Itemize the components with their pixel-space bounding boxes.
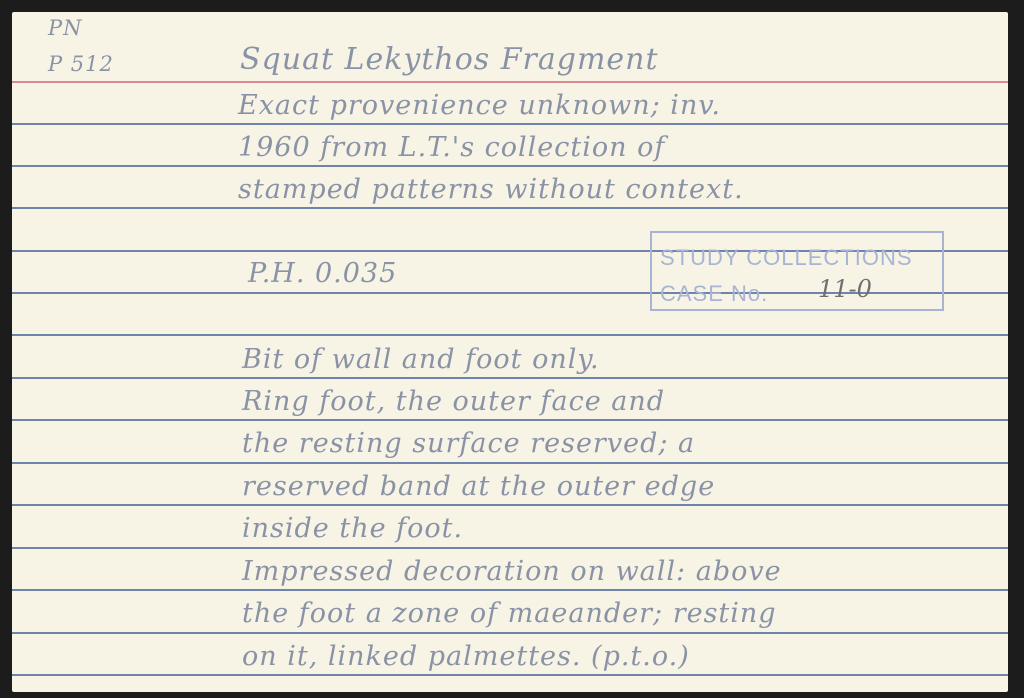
provenance-line: 1960 from L.T.'s collection of	[238, 132, 665, 163]
description-line: the foot a zone of maeander; resting	[242, 598, 777, 629]
corner-code-number: P 512	[48, 52, 114, 76]
blue-rule	[12, 674, 1008, 676]
blue-rule	[12, 377, 1008, 379]
description-line: inside the foot.	[242, 513, 463, 544]
blue-rule	[12, 547, 1008, 549]
stamp-case-label: CASE No.	[660, 281, 768, 307]
blue-rule	[12, 207, 1008, 209]
blue-rule	[12, 334, 1008, 336]
blue-rule	[12, 462, 1008, 464]
case-number: 11-0	[818, 275, 872, 303]
description-line: Impressed decoration on wall: above	[242, 556, 782, 587]
blue-rule	[12, 123, 1008, 125]
provenance-line: stamped patterns without context.	[238, 174, 744, 205]
description-line: Ring foot, the outer face and	[242, 386, 665, 417]
description-line: reserved band at the outer edge	[242, 471, 715, 502]
red-header-rule	[12, 81, 1008, 83]
provenance-line: Exact provenience unknown; inv.	[238, 90, 721, 121]
study-collections-stamp: STUDY COLLECTIONS CASE No. 11-0	[650, 231, 944, 311]
index-card: PN P 512 Squat Lekythos Fragment Exact p…	[12, 12, 1008, 692]
corner-code-pn: PN	[48, 16, 83, 40]
description-line: the resting surface reserved; a	[242, 428, 695, 459]
stamp-label: STUDY COLLECTIONS	[660, 245, 913, 271]
blue-rule	[12, 165, 1008, 167]
preserved-height: P.H. 0.035	[248, 258, 397, 289]
card-title: Squat Lekythos Fragment	[240, 42, 659, 77]
blue-rule	[12, 504, 1008, 506]
blue-rule	[12, 632, 1008, 634]
description-line: Bit of wall and foot only.	[242, 344, 600, 375]
blue-rule	[12, 589, 1008, 591]
description-line: on it, linked palmettes. (p.t.o.)	[242, 641, 690, 672]
blue-rule	[12, 419, 1008, 421]
